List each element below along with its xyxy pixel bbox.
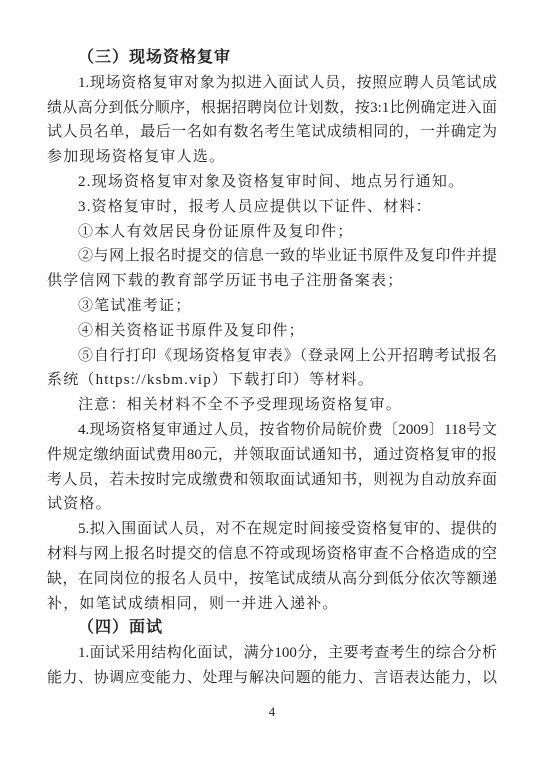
document-lines: （三）现场资格复审1.现场资格复审对象为拟进入面试人员，按照应聘人员笔试成绩从高… — [47, 46, 497, 691]
text-line: 补，如笔试成绩相同，则一并进入递补。 — [47, 592, 497, 617]
text-line: 件规定缴纳面试费用80元，并领取面试通知书，通过资格复审的报 — [47, 443, 497, 468]
text-line: 材料与网上报名时提交的信息不符或现场资格审查不合格造成的空 — [47, 542, 497, 567]
text-line: 1.现场资格复审对象为拟进入面试人员，按照应聘人员笔试成 — [47, 71, 497, 96]
text-line: 缺，在同岗位的报名人员中，按笔试成绩从高分到低分依次等额递 — [47, 567, 497, 592]
text-line: 1.面试采用结构化面试，满分100分，主要考查考生的综合分析 — [47, 641, 497, 666]
page-number: 4 — [47, 702, 497, 722]
text-line: 考人员，若未按时完成缴费和领取面试通知书，则视为自动放弃面 — [47, 468, 497, 493]
text-line: 5.拟入围面试人员，对不在规定时间接受资格复审的、提供的 — [47, 517, 497, 542]
text-line: 绩从高分到低分顺序，根据招聘岗位计划数，按3:1比例确定进入面 — [47, 96, 497, 121]
text-line: 试资格。 — [47, 492, 497, 517]
section-heading-line: （三）现场资格复审 — [47, 46, 497, 71]
text-line: 2.现场资格复审对象及资格复审时间、地点另行通知。 — [47, 170, 497, 195]
document-page: （三）现场资格复审1.现场资格复审对象为拟进入面试人员，按照应聘人员笔试成绩从高… — [0, 0, 534, 758]
text-line: 3.资格复审时，报考人员应提供以下证件、材料： — [47, 195, 497, 220]
text-line: 参加现场资格复审人选。 — [47, 145, 497, 170]
text-line: ①本人有效居民身份证原件及复印件； — [47, 220, 497, 245]
text-line: 试人员名单，最后一名如有数名考生笔试成绩相同的，一并确定为 — [47, 120, 497, 145]
text-line: ⑤自行打印《现场资格复审表》（登录网上公开招聘考试报名 — [47, 344, 497, 369]
text-line: 系统（https://ksbm.vip）下载打印）等材料。 — [47, 368, 497, 393]
section-heading-line: （四）面试 — [47, 616, 497, 641]
text-line: ③笔试准考证； — [47, 294, 497, 319]
text-line: 能力、协调应变能力、处理与解决问题的能力、言语表达能力，以 — [47, 666, 497, 691]
text-line: ②与网上报名时提交的信息一致的毕业证书原件及复印件并提 — [47, 244, 497, 269]
text-line: 供学信网下载的教育部学历证书电子注册备案表； — [47, 269, 497, 294]
text-line: 注意：相关材料不全不予受理现场资格复审。 — [47, 393, 497, 418]
text-line: 4.现场资格复审通过人员，按省物价局皖价费〔2009〕118号文 — [47, 418, 497, 443]
text-line: ④相关资格证书原件及复印件； — [47, 319, 497, 344]
